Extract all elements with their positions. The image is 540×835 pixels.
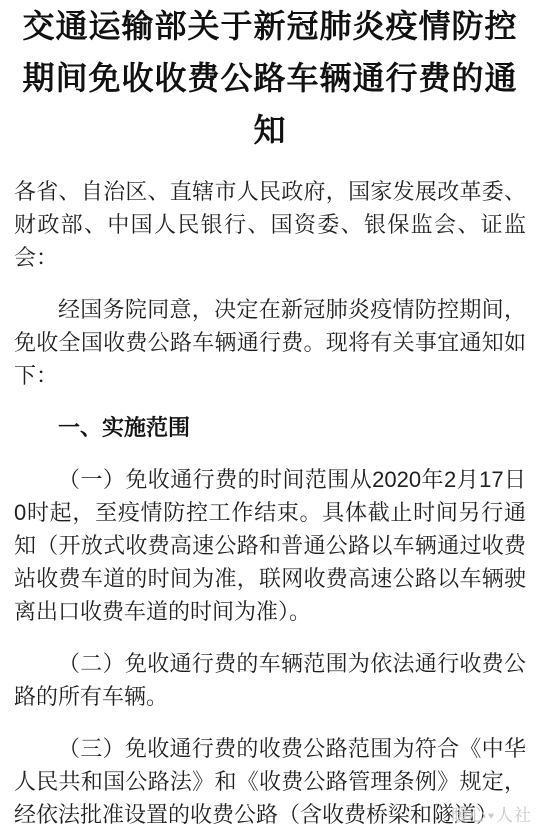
document-title: 交通运输部关于新冠肺炎疫情防控期间免收收费公路车辆通行费的通知 [14, 0, 526, 156]
document-body: 交通运输部关于新冠肺炎疫情防控期间免收收费公路车辆通行费的通知 各省、自治区、直… [0, 0, 540, 831]
watermark-text-right: 人社 [496, 806, 532, 825]
article-page: 交通运输部关于新冠肺炎疫情防控期间免收收费公路车辆通行费的通知 各省、自治区、直… [0, 0, 540, 835]
clause-1-paragraph: （一）免收通行费的时间范围从2020年2月17日0时起，至疫情防控工作结束。具体… [14, 463, 526, 628]
watermark-logo-icon: ♥ [488, 807, 495, 827]
addressee-paragraph: 各省、自治区、直辖市人民政府，国家发展改革委、财政部、中国人民银行、国资委、银保… [14, 175, 526, 274]
section-1-heading: 一、实施范围 [14, 411, 526, 444]
clause-2-paragraph: （二）免收通行费的车辆范围为依法通行收费公路的所有车辆。 [14, 647, 526, 713]
clause-3-paragraph: （三）免收通行费的收费公路范围为符合《中华人民共和国公路法》和《收费公路管理条例… [14, 732, 526, 831]
intro-paragraph: 经国务院同意，决定在新冠肺炎疫情防控期间，免收全国收费公路车辆通行费。现将有关事… [14, 293, 526, 392]
watermark: 暖心♥人社 [451, 806, 532, 827]
watermark-text-left: 暖心 [451, 806, 487, 825]
